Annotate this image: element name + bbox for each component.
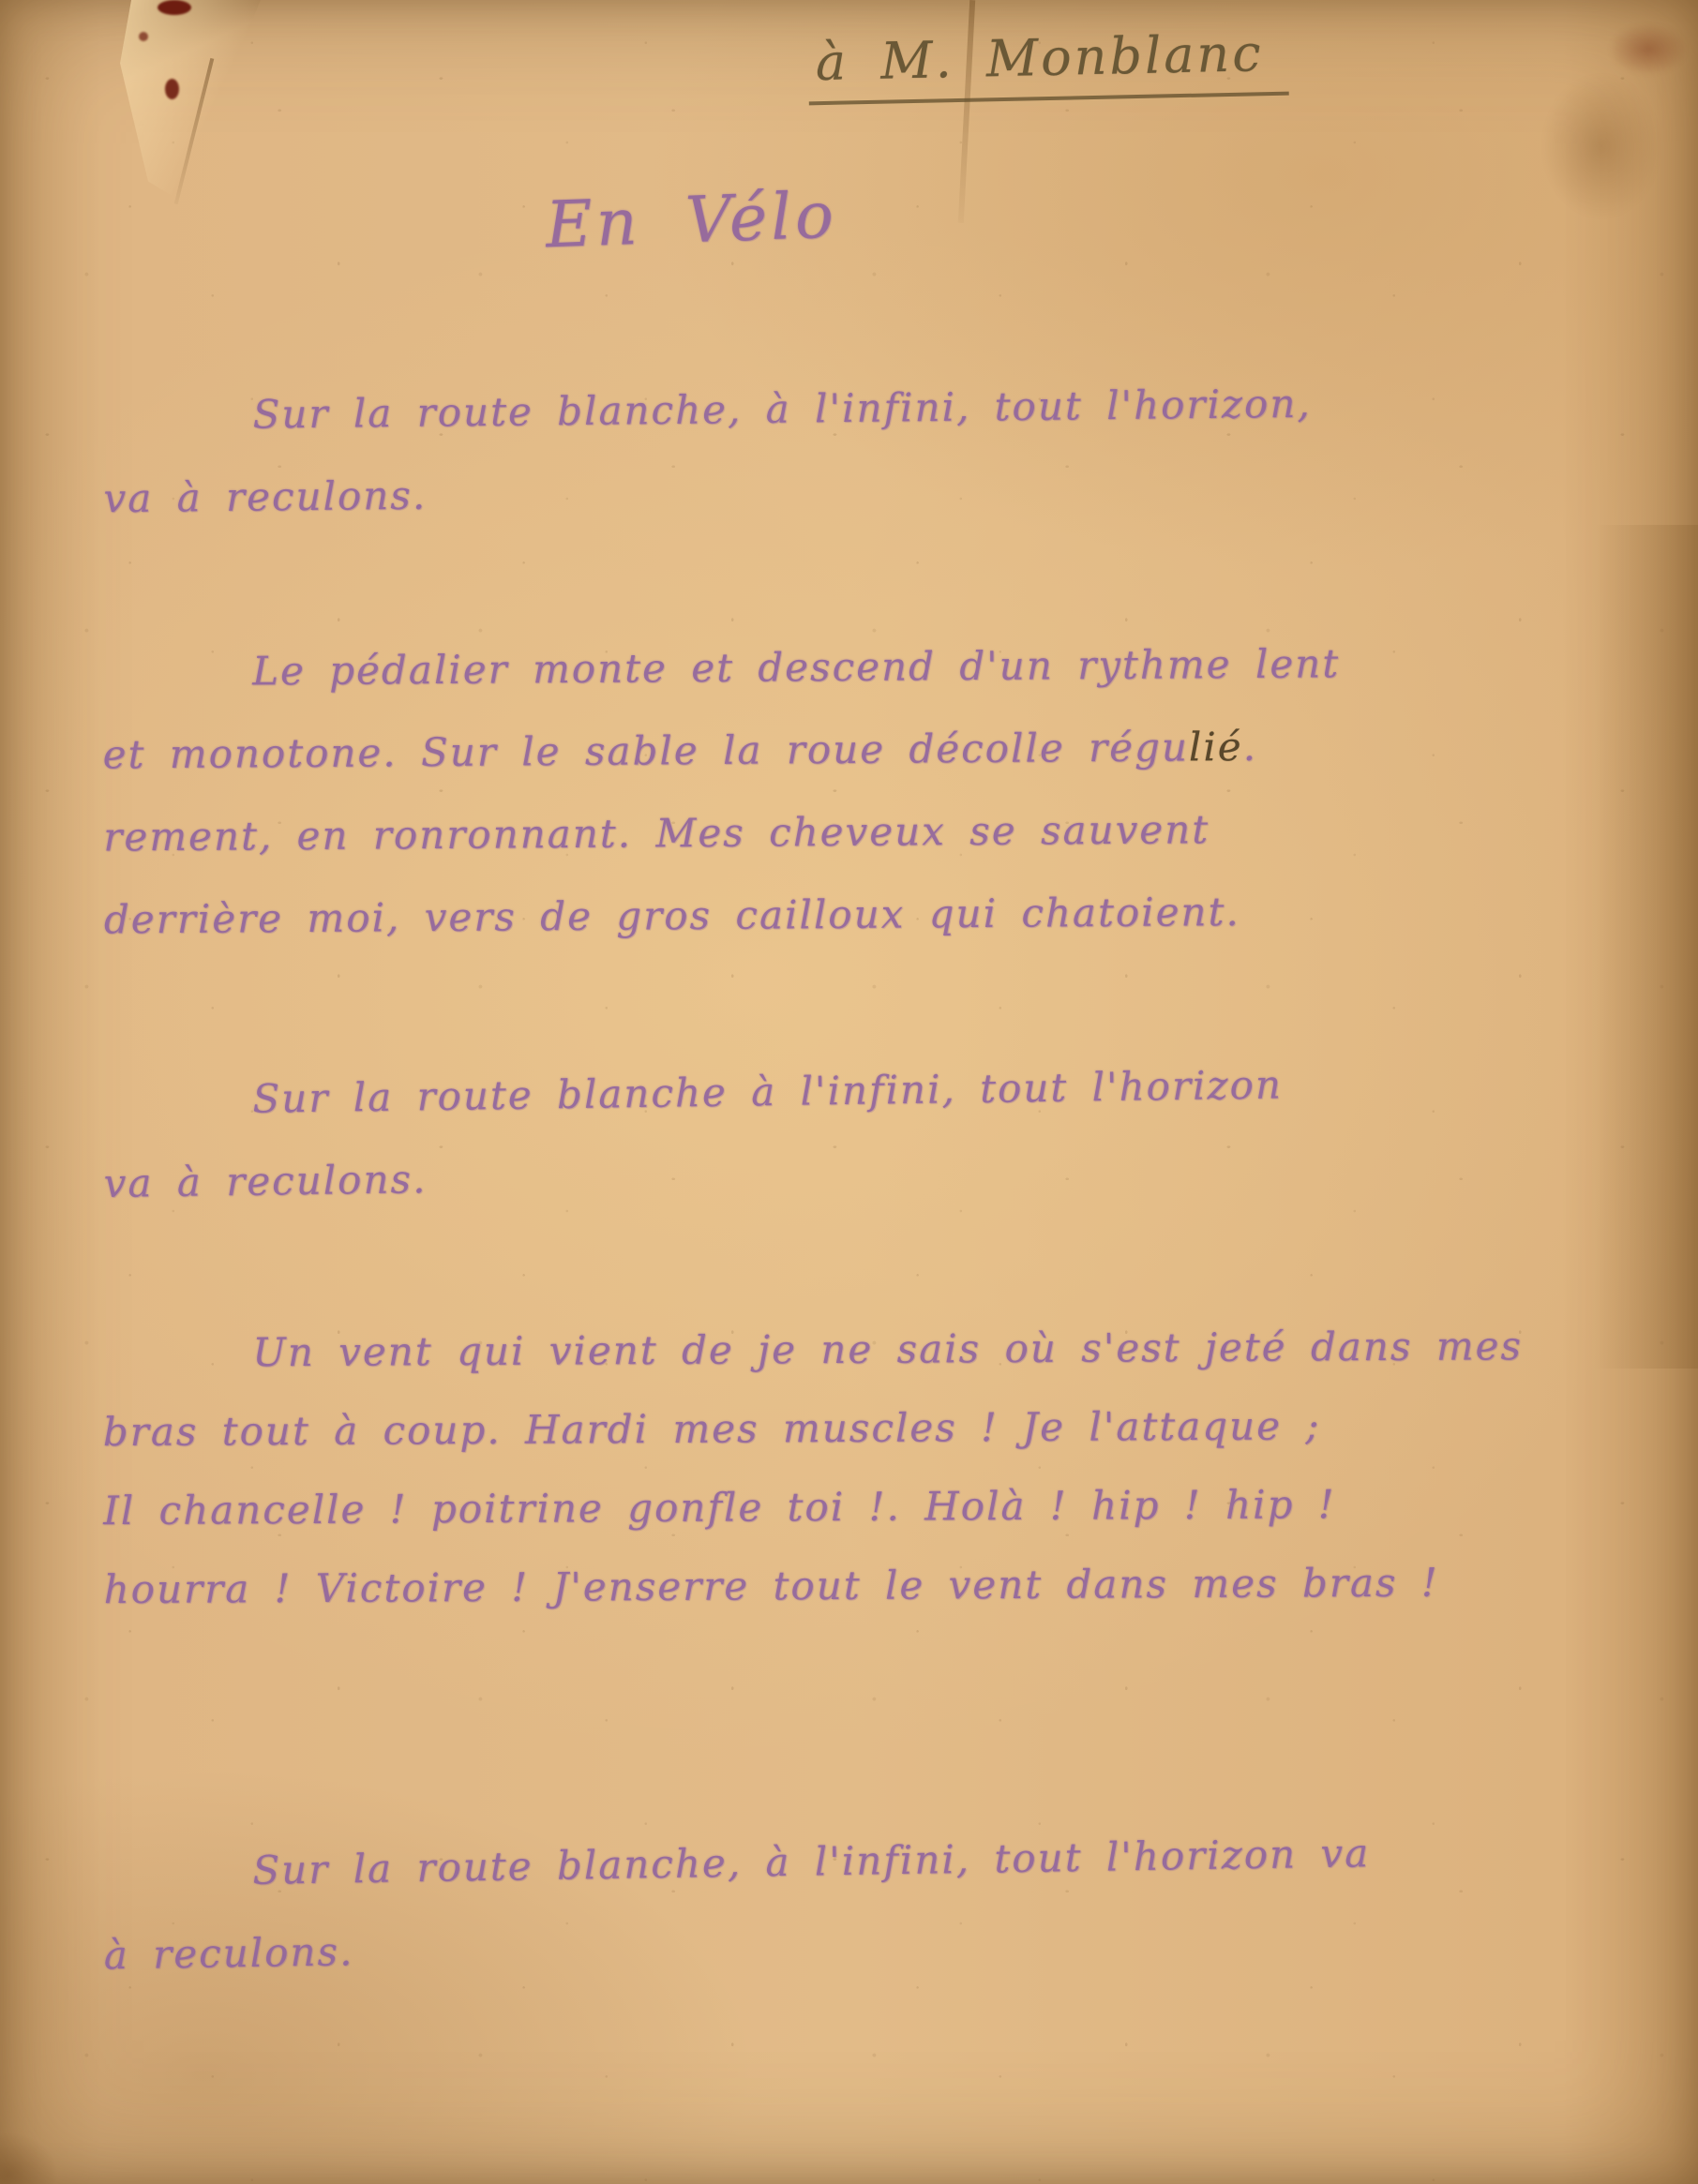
poem-line: derrière moi, vers de gros cailloux qui … [104,868,1586,961]
manuscript-paper: à M. Monblanc En Vélo Sur la route blanc… [0,0,1698,2184]
paper-smudge [0,2090,84,2184]
poem-line: va à reculons. [103,442,1585,541]
poem-line: Sur la route blanche, à l'infini, tout l… [102,360,1585,458]
ink-stain-spot [139,32,148,41]
paper-stain [1498,17,1686,232]
poem-line: bras tout à coup. Hardi mes muscles ! Je… [103,1385,1585,1472]
poem-line-segment: . [1242,724,1257,770]
paper-stain [1594,525,1698,1369]
stanza-3: Sur la route blanche à l'infini, tout l'… [102,1040,1585,1225]
poem-line: Le pédalier monte et descend d'un rythme… [102,621,1585,713]
poem-line-with-correction: et monotone. Sur le sable la roue décoll… [102,703,1585,796]
stanza-1: Sur la route blanche, à l'infini, tout l… [102,360,1585,541]
ink-stain-spot [165,79,179,99]
poem-line: Un vent qui vient de je ne sais où s'est… [102,1307,1584,1393]
poem-line-segment: et monotone. Sur le sable la roue décoll… [103,724,1190,777]
dedication: à M. Monblanc [807,23,1288,106]
poem-title: En Vélo [545,179,838,263]
stanza-5: Sur la route blanche, à l'infini, tout l… [102,1809,1586,1997]
ink-stain-spot [158,0,191,15]
poem-line: hourra ! Victoire ! J'enserre tout le ve… [103,1543,1585,1629]
ink-correction: lié [1189,724,1243,770]
stanza-4: Un vent qui vient de je ne sais où s'est… [102,1307,1585,1629]
poem-line: Il chancelle ! poitrine gonfle toi !. Ho… [103,1464,1585,1550]
poem-line: rement, en ronronnant. Mes cheveux se sa… [103,785,1585,878]
stanza-2: Le pédalier monte et descend d'un rythme… [102,621,1585,961]
